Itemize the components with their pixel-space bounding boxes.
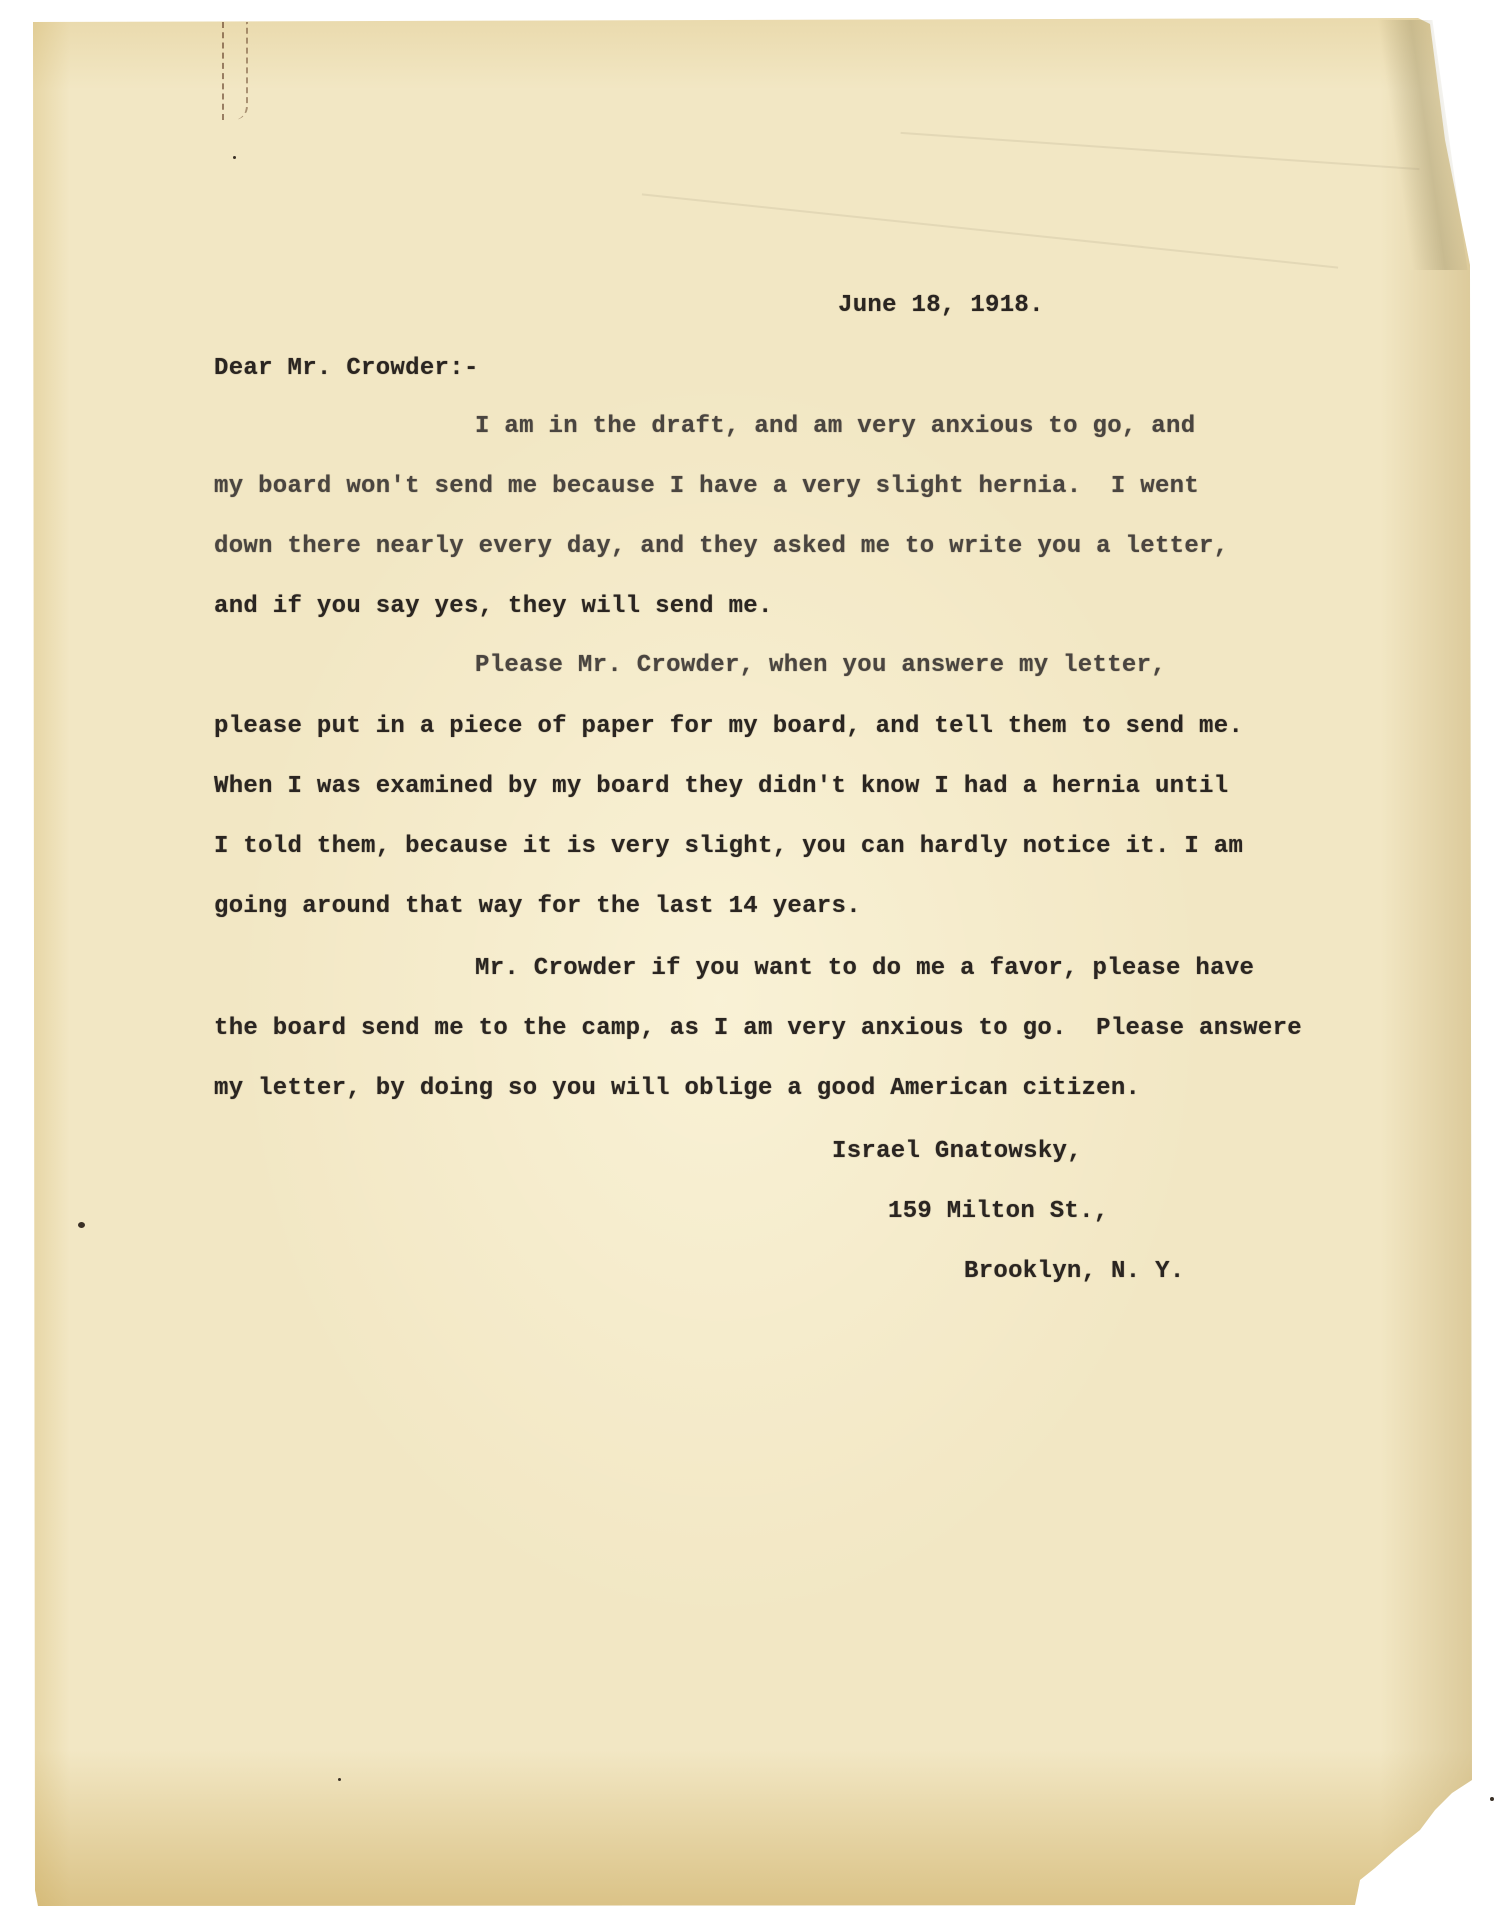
paragraph-line: my board won't send me because I have a … xyxy=(214,473,1199,500)
paragraph-line: I am in the draft, and am very anxious t… xyxy=(475,413,1195,440)
paragraph-line: When I was examined by my board they did… xyxy=(214,773,1228,800)
ink-speck xyxy=(1490,1797,1494,1801)
letter-salutation: Dear Mr. Crowder:- xyxy=(214,355,479,382)
paragraph-line: Please Mr. Crowder, when you answere my … xyxy=(475,652,1166,679)
paragraph-line: and if you say yes, they will send me. xyxy=(214,593,773,620)
paragraph-line: the board send me to the camp, as I am v… xyxy=(214,1015,1302,1042)
ink-speck xyxy=(78,1222,85,1228)
paragraph-line: down there nearly every day, and they as… xyxy=(214,533,1228,560)
paragraph-line: please put in a piece of paper for my bo… xyxy=(214,713,1243,740)
ink-speck xyxy=(338,1778,341,1781)
paragraph-line: Mr. Crowder if you want to do me a favor… xyxy=(475,955,1254,982)
letter-date: June 18, 1918. xyxy=(838,292,1044,319)
signature-name: Israel Gnatowsky, xyxy=(832,1138,1082,1165)
signature-city: Brooklyn, N. Y. xyxy=(964,1258,1185,1285)
ink-speck xyxy=(233,156,236,159)
staple-mark xyxy=(222,22,248,120)
paragraph-line: I told them, because it is very slight, … xyxy=(214,833,1243,860)
paragraph-line: going around that way for the last 14 ye… xyxy=(214,893,861,920)
signature-street: 159 Milton St., xyxy=(888,1198,1109,1225)
paragraph-line: my letter, by doing so you will oblige a… xyxy=(214,1075,1140,1102)
